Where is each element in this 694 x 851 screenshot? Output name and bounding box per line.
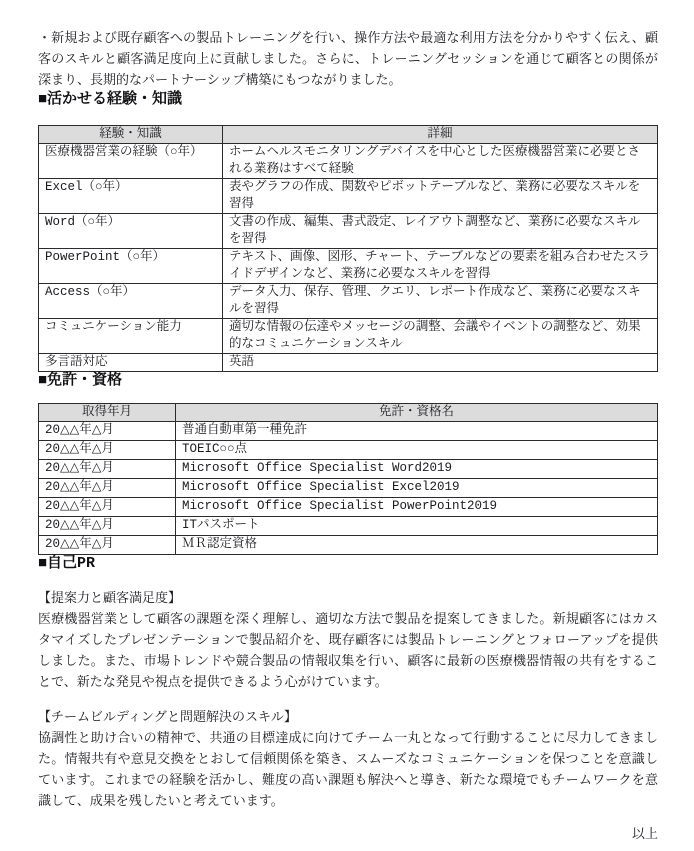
license-name-cell: Microsoft Office Specialist Excel2019 <box>176 479 658 498</box>
license-date-cell: 20△△年△月 <box>39 479 176 498</box>
skill-name-cell: コミュニケーション能力 <box>39 319 223 354</box>
section-heading-licenses: ■免許・資格 <box>38 372 658 390</box>
license-name-cell: 普通自動車第一種免許 <box>176 422 658 441</box>
licenses-col-header-date: 取得年月 <box>39 404 176 422</box>
intro-paragraph: ・新規および既存顧客への製品トレーニングを行い、操作方法や最適な利用方法を分かり… <box>38 28 658 91</box>
license-date-cell: 20△△年△月 <box>39 536 176 555</box>
skill-name-cell: Excel（○年） <box>39 179 223 214</box>
table-row: Excel（○年） 表やグラフの作成、関数やピボットテーブルなど、業務に必要なス… <box>39 179 658 214</box>
pr-subtitle: 【チームビルディングと問題解決のスキル】 <box>38 707 658 728</box>
skill-detail-cell: 英語 <box>223 354 658 372</box>
license-date-cell: 20△△年△月 <box>39 441 176 460</box>
skill-name-cell: Access（○年） <box>39 284 223 319</box>
table-row: 20△△年△月 ＭＲ認定資格 <box>39 536 658 555</box>
table-row: 20△△年△月 Microsoft Office Specialist Word… <box>39 460 658 479</box>
table-row: Access（○年） データ入力、保存、管理、クエリ、レポート作成など、業務に必… <box>39 284 658 319</box>
license-name-cell: TOEIC○○点 <box>176 441 658 460</box>
skills-col-header-name: 経験・知識 <box>39 126 223 144</box>
skill-detail-cell: 文書の作成、編集、書式設定、レイアウト調整など、業務に必要なスキルを習得 <box>223 214 658 249</box>
licenses-col-header-name: 免許・資格名 <box>176 404 658 422</box>
table-row: 20△△年△月 Microsoft Office Specialist Exce… <box>39 479 658 498</box>
skill-name-cell: 多言語対応 <box>39 354 223 372</box>
skill-detail-cell: ホームヘルスモニタリングデバイスを中心とした医療機器営業に必要とされる業務はすべ… <box>223 144 658 179</box>
skills-col-header-detail: 詳細 <box>223 126 658 144</box>
table-row: Word（○年） 文書の作成、編集、書式設定、レイアウト調整など、業務に必要なス… <box>39 214 658 249</box>
pr-block-teamwork: 【チームビルディングと問題解決のスキル】 協調性と助け合いの精神で、共通の目標達… <box>38 707 658 812</box>
license-date-cell: 20△△年△月 <box>39 422 176 441</box>
skill-detail-cell: テキスト、画像、図形、チャート、テーブルなどの要素を組み合わせたスライドデザイン… <box>223 249 658 284</box>
licenses-table: 取得年月 免許・資格名 20△△年△月 普通自動車第一種免許 20△△年△月 T… <box>38 403 658 555</box>
table-row: 20△△年△月 普通自動車第一種免許 <box>39 422 658 441</box>
skill-detail-cell: データ入力、保存、管理、クエリ、レポート作成など、業務に必要なスキルを習得 <box>223 284 658 319</box>
skill-detail-cell: 適切な情報の伝達やメッセージの調整、会議やイベントの調整など、効果的なコミュニケ… <box>223 319 658 354</box>
section-heading-skills: ■活かせる経験・知識 <box>38 91 658 109</box>
closing-ijou: 以上 <box>38 824 658 845</box>
pr-block-proposal: 【提案力と顧客満足度】 医療機器営業として顧客の課題を深く理解し、適切な方法で製… <box>38 588 658 693</box>
resume-page: ・新規および既存顧客への製品トレーニングを行い、操作方法や最適な利用方法を分かり… <box>0 0 694 851</box>
pr-body: 医療機器営業として顧客の課題を深く理解し、適切な方法で製品を提案してきました。新… <box>38 609 658 693</box>
license-date-cell: 20△△年△月 <box>39 498 176 517</box>
license-date-cell: 20△△年△月 <box>39 460 176 479</box>
license-name-cell: ITパスポート <box>176 517 658 536</box>
skill-name-cell: 医療機器営業の経験（○年） <box>39 144 223 179</box>
table-row: 多言語対応 英語 <box>39 354 658 372</box>
licenses-table-header-row: 取得年月 免許・資格名 <box>39 404 658 422</box>
section-heading-self-pr: ■自己PR <box>38 555 658 573</box>
pr-body: 協調性と助け合いの精神で、共通の目標達成に向けてチーム一丸となって行動することに… <box>38 728 658 812</box>
license-name-cell: Microsoft Office Specialist PowerPoint20… <box>176 498 658 517</box>
table-row: 20△△年△月 ITパスポート <box>39 517 658 536</box>
skill-name-cell: PowerPoint（○年） <box>39 249 223 284</box>
table-row: 20△△年△月 TOEIC○○点 <box>39 441 658 460</box>
license-name-cell: Microsoft Office Specialist Word2019 <box>176 460 658 479</box>
license-date-cell: 20△△年△月 <box>39 517 176 536</box>
table-row: PowerPoint（○年） テキスト、画像、図形、チャート、テーブルなどの要素… <box>39 249 658 284</box>
table-row: コミュニケーション能力 適切な情報の伝達やメッセージの調整、会議やイベントの調整… <box>39 319 658 354</box>
skills-table: 経験・知識 詳細 医療機器営業の経験（○年） ホームヘルスモニタリングデバイスを… <box>38 125 658 372</box>
license-name-cell: ＭＲ認定資格 <box>176 536 658 555</box>
skills-table-header-row: 経験・知識 詳細 <box>39 126 658 144</box>
table-row: 20△△年△月 Microsoft Office Specialist Powe… <box>39 498 658 517</box>
skill-name-cell: Word（○年） <box>39 214 223 249</box>
pr-subtitle: 【提案力と顧客満足度】 <box>38 588 658 609</box>
table-row: 医療機器営業の経験（○年） ホームヘルスモニタリングデバイスを中心とした医療機器… <box>39 144 658 179</box>
skill-detail-cell: 表やグラフの作成、関数やピボットテーブルなど、業務に必要なスキルを習得 <box>223 179 658 214</box>
